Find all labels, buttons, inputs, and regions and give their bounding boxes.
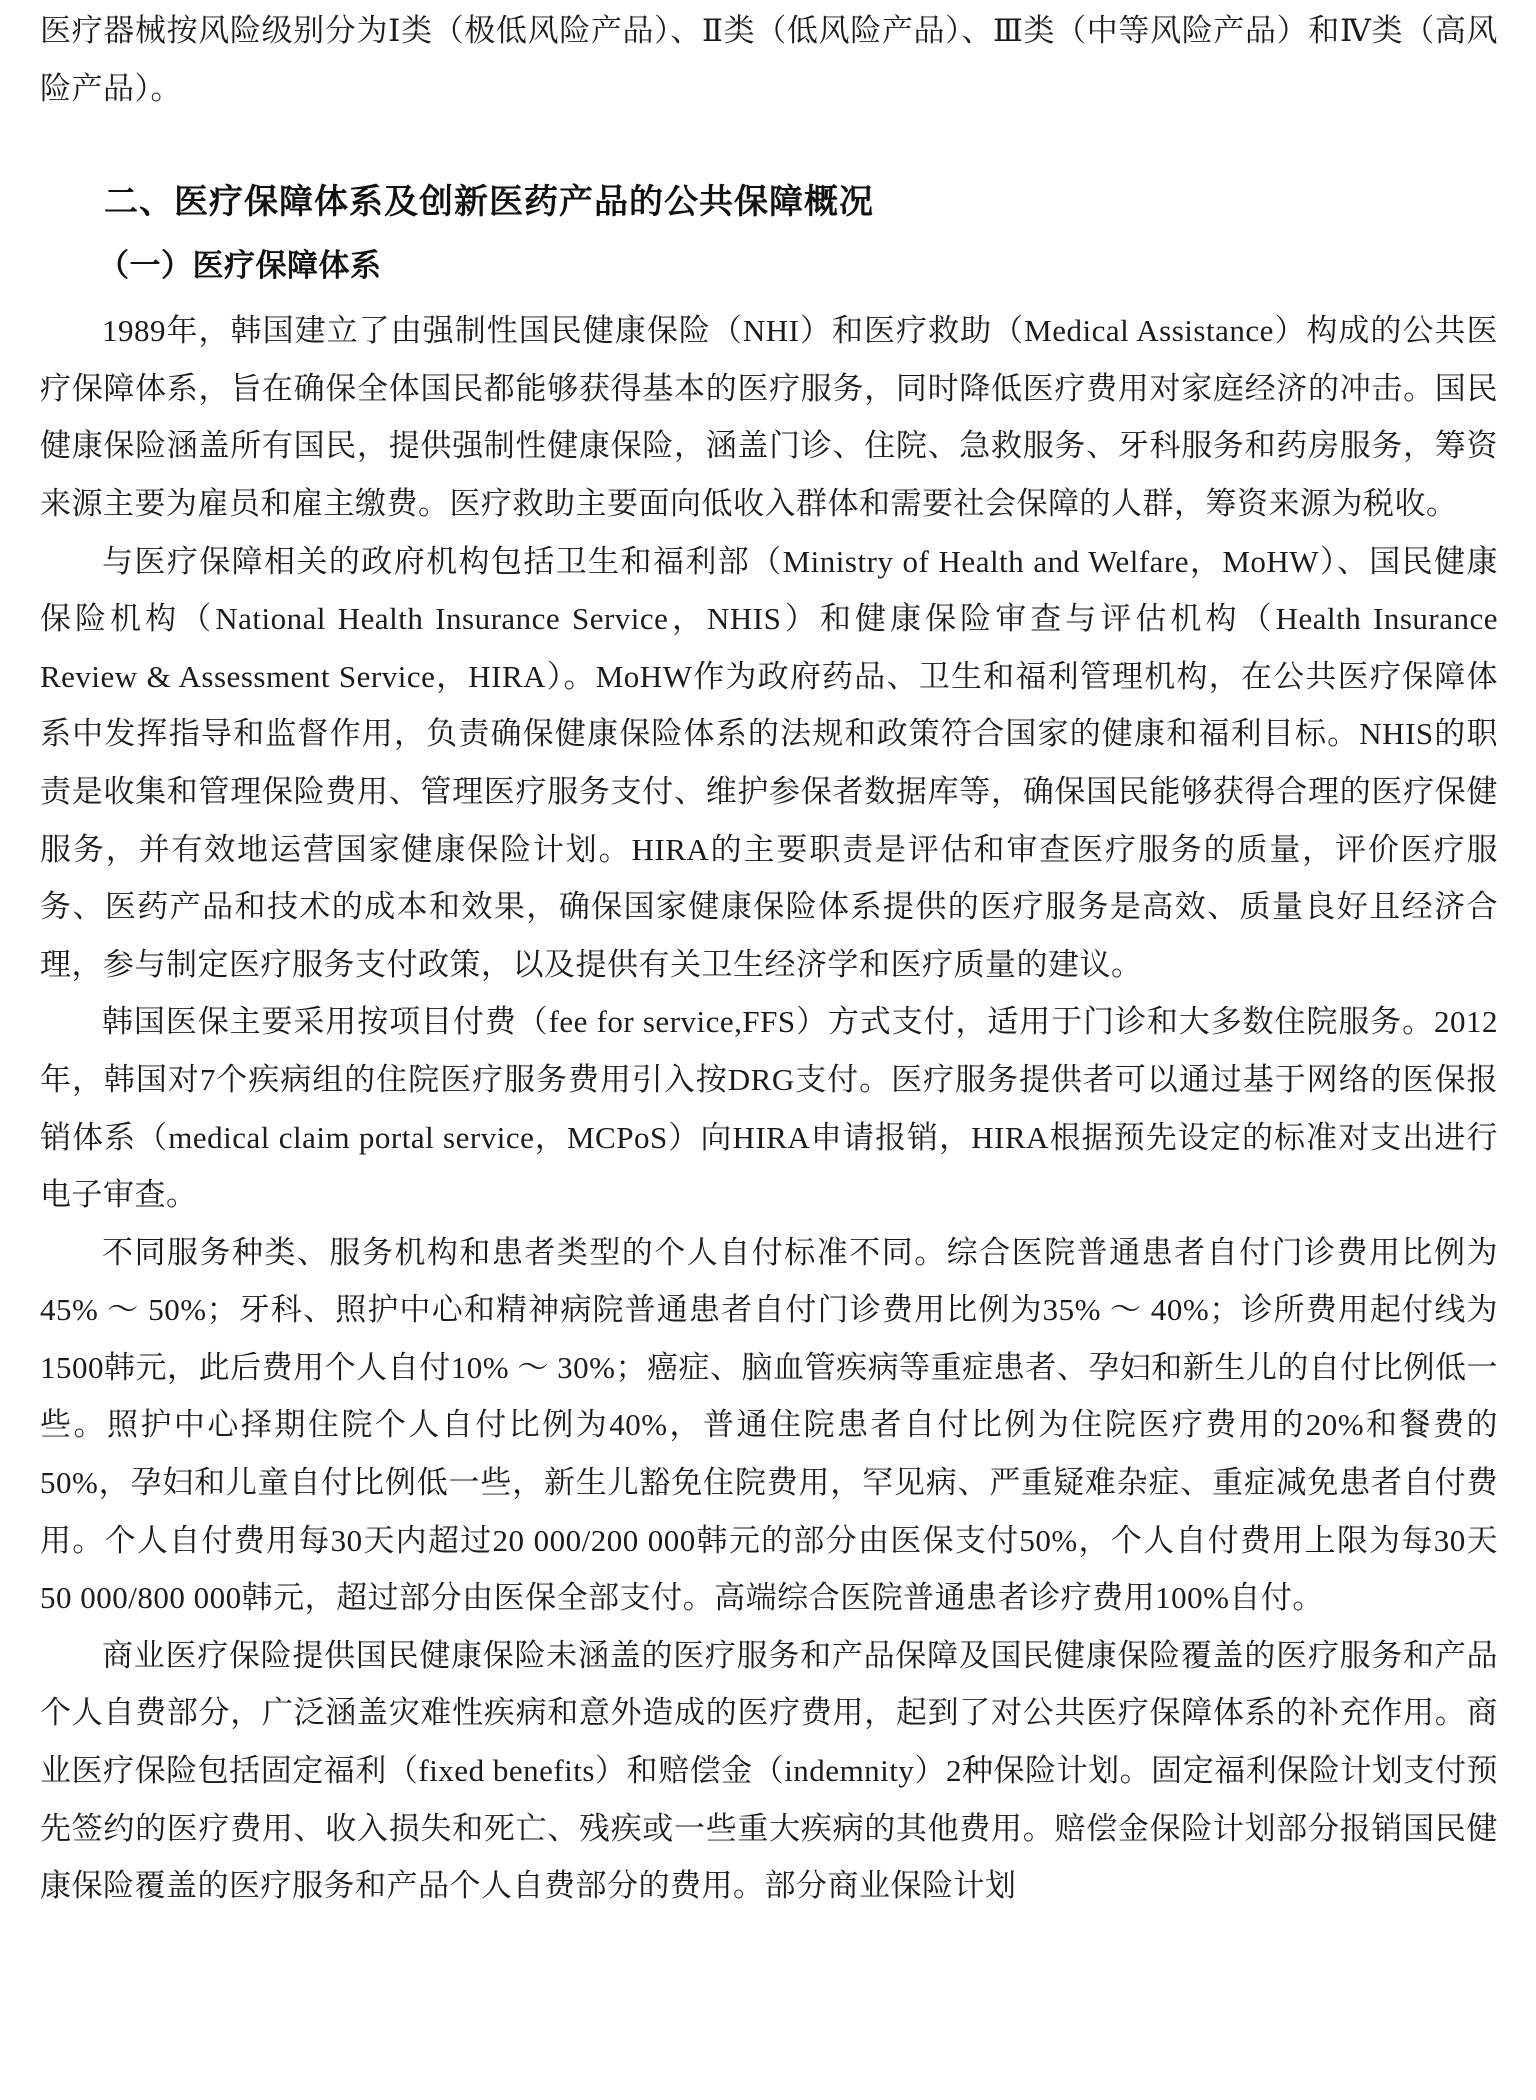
section-heading: 二、医疗保障体系及创新医药产品的公共保障概况 <box>104 177 1498 227</box>
document-page: 医疗器械按风险级别分为Ⅰ类（极低风险产品）、Ⅱ类（低风险产品）、Ⅲ类（中等风险产… <box>0 0 1536 2100</box>
paragraph-government-agencies: 与医疗保障相关的政府机构包括卫生和福利部（Ministry of Health … <box>40 533 1498 994</box>
paragraph-copayment-standards: 不同服务种类、服务机构和患者类型的个人自付标准不同。综合医院普通患者自付门诊费用… <box>40 1224 1498 1627</box>
paragraph-commercial-insurance: 商业医疗保险提供国民健康保险未涵盖的医疗服务和产品保障及国民健康保险覆盖的医疗服… <box>40 1627 1498 1915</box>
paragraph-device-risk-classification: 医疗器械按风险级别分为Ⅰ类（极低风险产品）、Ⅱ类（低风险产品）、Ⅲ类（中等风险产… <box>40 2 1498 117</box>
paragraph-nhi-system-origin: 1989年，韩国建立了由强制性国民健康保险（NHI）和医疗救助（Medical … <box>40 302 1498 532</box>
paragraph-payment-methods: 韩国医保主要采用按项目付费（fee for service,FFS）方式支付，适… <box>40 993 1498 1223</box>
subsection-heading: （一）医疗保障体系 <box>98 243 1498 289</box>
